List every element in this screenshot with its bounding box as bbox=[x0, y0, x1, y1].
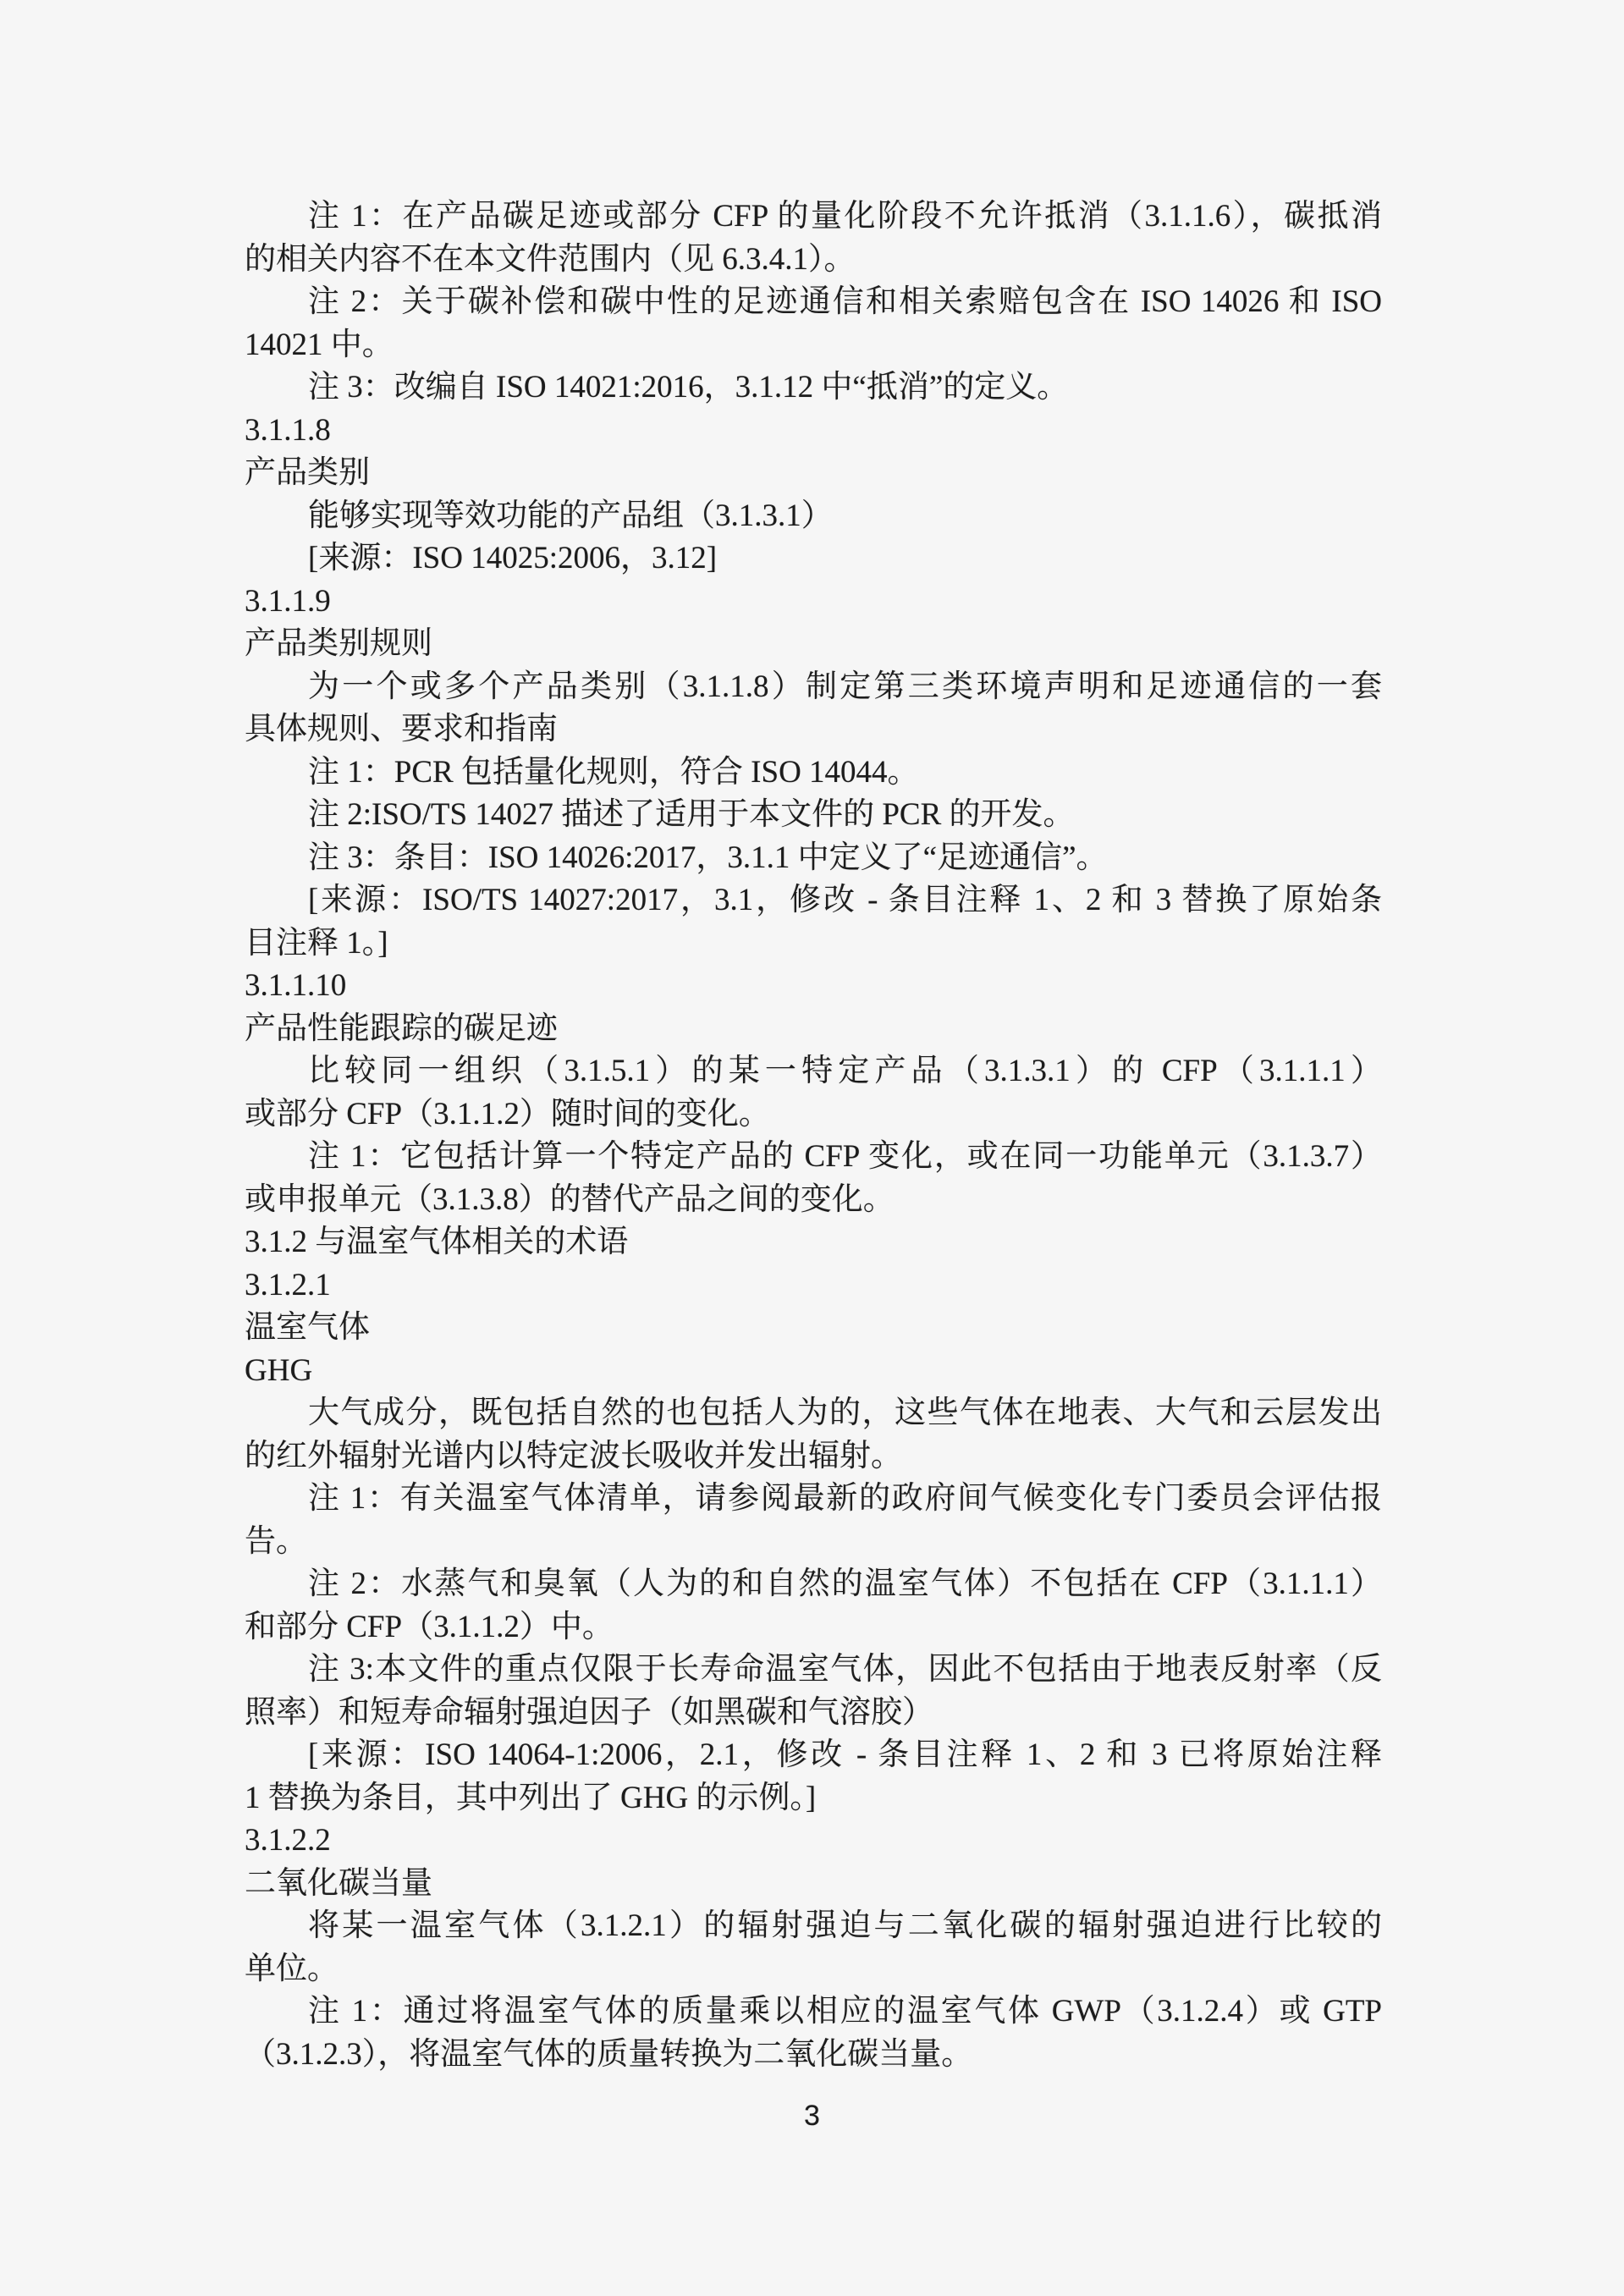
text-line: 温室气体 bbox=[245, 1307, 1382, 1350]
text-line: 注 3:本文件的重点仅限于长寿命温室气体，因此不包括由于地表反射率（反 bbox=[245, 1649, 1382, 1692]
text-line: 注 1：它包括计算一个特定产品的 CFP 变化，或在同一功能单元（3.1.3.7… bbox=[245, 1136, 1382, 1179]
text-line: 1 替换为条目，其中列出了 GHG 的示例。] bbox=[245, 1777, 1382, 1820]
text-line: 3.1.1.8 bbox=[245, 410, 1382, 453]
text-line: 告。 bbox=[245, 1521, 1382, 1564]
text-line: 3.1.2 与温室气体相关的术语 bbox=[245, 1221, 1382, 1264]
text-line: 大气成分，既包括自然的也包括人为的，这些气体在地表、大气和云层发出 bbox=[245, 1392, 1382, 1435]
text-line: 为一个或多个产品类别（3.1.1.8）制定第三类环境声明和足迹通信的一套 bbox=[245, 666, 1382, 709]
text-line: 注 2：水蒸气和臭氧（人为的和自然的温室气体）不包括在 CFP（3.1.1.1） bbox=[245, 1563, 1382, 1606]
text-line: 注 3：条目：ISO 14026:2017，3.1.1 中定义了“足迹通信”。 bbox=[245, 837, 1382, 880]
text-line: 注 3：改编自 ISO 14021:2016，3.1.12 中“抵消”的定义。 bbox=[245, 366, 1382, 410]
text-line: 的红外辐射光谱内以特定波长吸收并发出辐射。 bbox=[245, 1435, 1382, 1478]
text-line: 产品性能跟踪的碳足迹 bbox=[245, 1008, 1382, 1051]
text-line: [来源：ISO/TS 14027:2017，3.1，修改 - 条目注释 1、2 … bbox=[245, 879, 1382, 922]
text-line: 注 2：关于碳补偿和碳中性的足迹通信和相关索赔包含在 ISO 14026 和 I… bbox=[245, 281, 1382, 324]
page-number: 3 bbox=[0, 2099, 1624, 2133]
text-line: 产品类别 bbox=[245, 452, 1382, 495]
text-line: 二氧化碳当量 bbox=[245, 1863, 1382, 1906]
text-line: 比较同一组织（3.1.5.1）的某一特定产品（3.1.3.1）的 CFP（3.1… bbox=[245, 1050, 1382, 1093]
text-line: 单位。 bbox=[245, 1948, 1382, 1991]
text-line: 注 2:ISO/TS 14027 描述了适用于本文件的 PCR 的开发。 bbox=[245, 794, 1382, 837]
text-line: 3.1.2.1 bbox=[245, 1264, 1382, 1308]
text-line: 照率）和短寿命辐射强迫因子（如黑碳和气溶胶） bbox=[245, 1692, 1382, 1735]
text-line: 将某一温室气体（3.1.2.1）的辐射强迫与二氧化碳的辐射强迫进行比较的 bbox=[245, 1905, 1382, 1948]
text-line: （3.1.2.3），将温室气体的质量转换为二氧化碳当量。 bbox=[245, 2034, 1382, 2077]
text-line: 14021 中。 bbox=[245, 324, 1382, 367]
text-line: 产品类别规则 bbox=[245, 623, 1382, 666]
text-line: 目注释 1。] bbox=[245, 922, 1382, 966]
text-line: 或申报单元（3.1.3.8）的替代产品之间的变化。 bbox=[245, 1179, 1382, 1222]
text-line: 能够实现等效功能的产品组（3.1.3.1） bbox=[245, 495, 1382, 538]
text-line: 的相关内容不在本文件范围内（见 6.3.4.1）。 bbox=[245, 239, 1382, 282]
text-line: 具体规则、要求和指南 bbox=[245, 708, 1382, 752]
text-line: 注 1：在产品碳足迹或部分 CFP 的量化阶段不允许抵消（3.1.1.6），碳抵… bbox=[245, 195, 1382, 239]
text-line: 3.1.2.2 bbox=[245, 1820, 1382, 1863]
text-line: 注 1：有关温室气体清单，请参阅最新的政府间气候变化专门委员会评估报 bbox=[245, 1478, 1382, 1521]
document-lines: 注 1：在产品碳足迹或部分 CFP 的量化阶段不允许抵消（3.1.1.6），碳抵… bbox=[245, 195, 1382, 2076]
text-line: [来源：ISO 14025:2006，3.12] bbox=[245, 537, 1382, 581]
text-line: 3.1.1.10 bbox=[245, 965, 1382, 1008]
text-line: 或部分 CFP（3.1.1.2）随时间的变化。 bbox=[245, 1093, 1382, 1137]
text-line: [来源：ISO 14064-1:2006，2.1，修改 - 条目注释 1、2 和… bbox=[245, 1734, 1382, 1777]
text-line: 注 1：PCR 包括量化规则，符合 ISO 14044。 bbox=[245, 752, 1382, 795]
document-page: 注 1：在产品碳足迹或部分 CFP 的量化阶段不允许抵消（3.1.1.6），碳抵… bbox=[0, 0, 1624, 2296]
text-line: 和部分 CFP（3.1.1.2）中。 bbox=[245, 1606, 1382, 1649]
text-line: GHG bbox=[245, 1350, 1382, 1393]
text-line: 3.1.1.9 bbox=[245, 581, 1382, 624]
text-line: 注 1：通过将温室气体的质量乘以相应的温室气体 GWP（3.1.2.4）或 GT… bbox=[245, 1990, 1382, 2034]
